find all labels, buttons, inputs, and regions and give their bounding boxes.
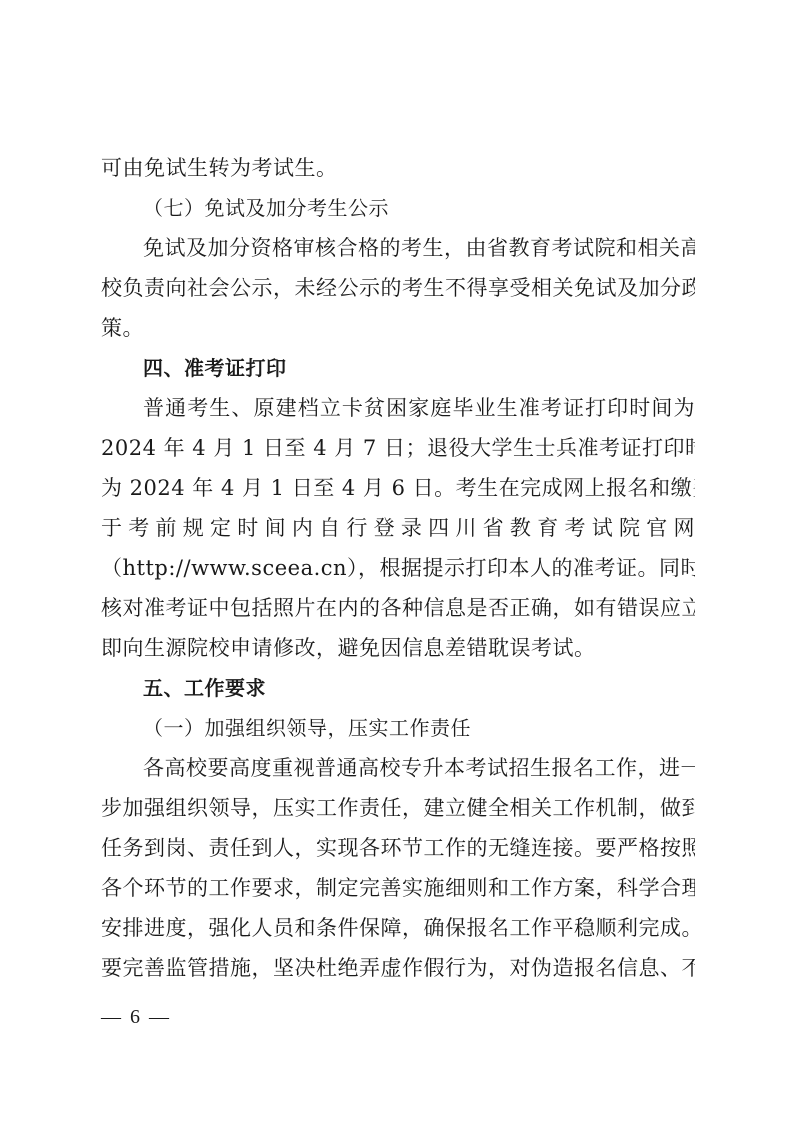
body-line: 可由免试生转为考试生。 — [101, 148, 695, 188]
paragraph-line: 步加强组织领导，压实工作责任，建立健全相关工作机制，做到 — [101, 788, 695, 828]
paragraph-line: 普通考生、原建档立卡贫困家庭毕业生准考证打印时间为 — [101, 388, 695, 428]
page-number: — 6 — — [101, 1006, 171, 1029]
paragraph-line: 于考前规定时间内自行登录四川省教育考试院官网 — [101, 508, 695, 548]
section-heading-4: 四、准考证打印 — [101, 348, 695, 388]
paragraph-line: 免试及加分资格审核合格的考生，由省教育考试院和相关高 — [101, 228, 695, 268]
paragraph-line-with-url: （http://www.sceea.cn），根据提示打印本人的准考证。同时认真 — [101, 548, 695, 588]
subsection-heading-7: （七）免试及加分考生公示 — [101, 188, 695, 228]
paragraph-line: 策。 — [101, 308, 695, 348]
paragraph-line: 校负责向社会公示，未经公示的考生不得享受相关免试及加分政 — [101, 268, 695, 308]
paragraph-line: 核对准考证中包括照片在内的各种信息是否正确，如有错误应立 — [101, 588, 695, 628]
paragraph-line: 2024 年 4 月 1 日至 4 月 7 日；退役大学生士兵准考证打印时间 — [101, 428, 695, 468]
paragraph-line: 各个环节的工作要求，制定完善实施细则和工作方案，科学合理 — [101, 868, 695, 908]
document-page: 可由免试生转为考试生。 （七）免试及加分考生公示 免试及加分资格审核合格的考生，… — [101, 148, 695, 988]
paragraph-line: 要完善监管措施，坚决杜绝弄虚作假行为，对伪造报名信息、不 — [101, 948, 695, 988]
paragraph-line: 任务到岗、责任到人，实现各环节工作的无缝连接。要严格按照 — [101, 828, 695, 868]
paragraph-line: 安排进度，强化人员和条件保障，确保报名工作平稳顺利完成。 — [101, 908, 695, 948]
paragraph-line: 即向生源院校申请修改，避免因信息差错耽误考试。 — [101, 628, 695, 668]
paragraph-line: 各高校要高度重视普通高校专升本考试招生报名工作，进一 — [101, 748, 695, 788]
section-heading-5: 五、工作要求 — [101, 668, 695, 708]
paragraph-line: 为 2024 年 4 月 1 日至 4 月 6 日。考生在完成网上报名和缴费后， — [101, 468, 695, 508]
subsection-heading-1: （一）加强组织领导，压实工作责任 — [101, 708, 695, 748]
